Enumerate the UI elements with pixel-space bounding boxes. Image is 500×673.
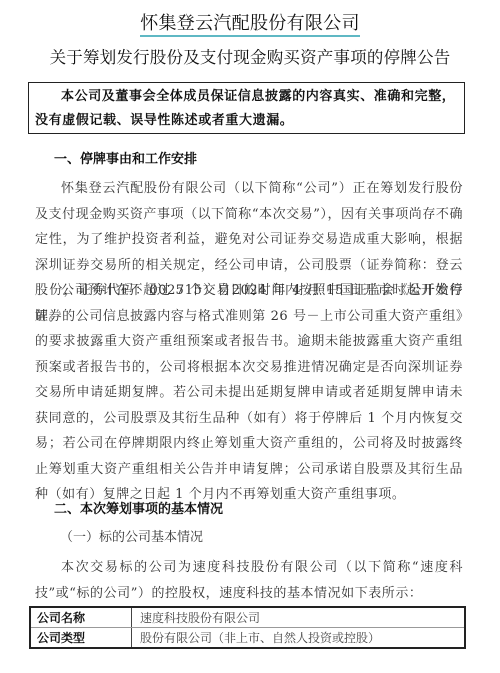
section-2-paragraph-1: 本次交易标的公司为速度科技股份有限公司（以下简称“速度科技”或“标的公司”）的控…	[35, 555, 463, 606]
table-value-cell: 速度科技股份有限公司	[132, 607, 466, 628]
paragraph-text: 本次交易标的公司为速度科技股份有限公司（以下简称“速度科技”或“标的公司”）的控…	[35, 555, 463, 606]
company-title-text: 怀集登云汽配股份有限公司	[140, 13, 360, 37]
paragraph-text: 公司预计在不超过 5 个交易日的时间内按照中国证监会《公开发行证券的公司信息披露…	[35, 278, 463, 508]
table-value-cell: 股份有限公司（非上市、自然人投资或控股）	[132, 628, 466, 649]
subsection-heading: （一）标的公司基本情况	[60, 528, 203, 548]
section-heading-2: 二、本次筹划事项的基本情况	[54, 500, 223, 520]
announcement-title: 关于筹划发行股份及支付现金购买资产事项的停牌公告	[0, 46, 500, 70]
company-info-table: 公司名称 速度科技股份有限公司 公司类型 股份有限公司（非上市、自然人投资或控股…	[29, 606, 466, 649]
table-row: 公司类型 股份有限公司（非上市、自然人投资或控股）	[30, 628, 465, 649]
section-1-paragraph-2: 公司预计在不超过 5 个交易日的时间内按照中国证监会《公开发行证券的公司信息披露…	[35, 278, 463, 508]
section-heading-1: 一、停牌事由和工作安排	[54, 150, 197, 170]
company-title: 怀集登云汽配股份有限公司	[0, 12, 500, 36]
disclosure-notice-box: 本公司及董事会全体成员保证信息披露的内容真实、准确和完整，没有虚假记载、误导性陈…	[28, 82, 465, 134]
table-row: 公司名称 速度科技股份有限公司	[30, 607, 465, 628]
table-label-cell: 公司类型	[30, 628, 132, 649]
disclosure-notice-text: 本公司及董事会全体成员保证信息披露的内容真实、准确和完整，没有虚假记载、误导性陈…	[35, 85, 458, 133]
table-label-cell: 公司名称	[30, 607, 132, 628]
